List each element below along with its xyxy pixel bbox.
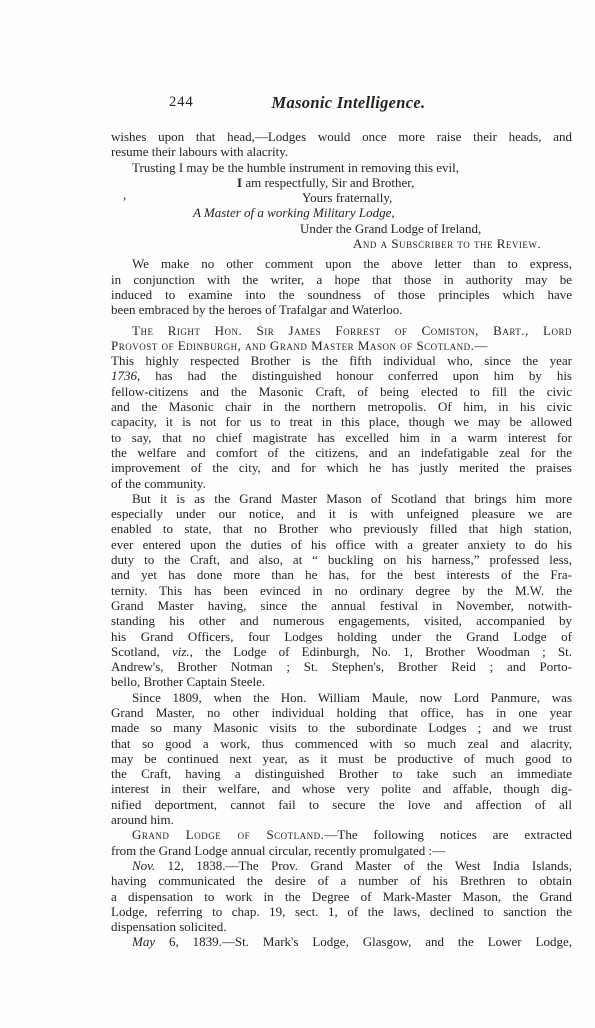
text-line: in conjunction with the writer, a hope t…: [111, 272, 572, 287]
text-run: fellow-citizens and the Masonic Craft, o…: [111, 384, 572, 399]
text-line: and yet has done more than he has, for t…: [111, 567, 572, 582]
text-run: But it is as the Grand Master Mason of S…: [132, 491, 572, 506]
text-run: having communicated the desire of a numb…: [111, 873, 572, 888]
text-line: fellow-citizens and the Masonic Craft, o…: [111, 384, 572, 399]
text-run: and yet has done more than he has, for t…: [111, 567, 572, 582]
text-line: the welfare and comfort of the citizens,…: [111, 445, 572, 460]
text-run: Lodge, referring to chap. 19, sect. 1, o…: [111, 904, 572, 919]
text-run: in conjunction with the writer, a hope t…: [111, 272, 572, 287]
text-run: the Craft, having a distinguished Brothe…: [111, 766, 572, 781]
text-run: may be continued next year, as it must b…: [111, 751, 572, 766]
text-line: Grand Master having, since the annual fe…: [111, 598, 572, 613]
text-line: to say, that no chief magistrate has exc…: [111, 430, 572, 445]
text-run: ternity. This has been evinced in no ord…: [111, 583, 572, 598]
text-run: standing his other and numerous engageme…: [111, 613, 572, 628]
text-line: from the Grand Lodge annual circular, re…: [111, 843, 572, 858]
text-line: having communicated the desire of a numb…: [111, 873, 572, 888]
paragraph: We make no other comment upon the above …: [111, 256, 572, 317]
text-line: 1736, has had the distinguished honour c…: [111, 368, 572, 383]
text-line: And a Subscriber to the Review.: [111, 236, 572, 251]
text-run: especially under our notice, and it is w…: [111, 506, 572, 521]
page-body: wishes upon that head,—Lodges would once…: [111, 129, 572, 950]
text-line: Trusting I may be the humble instrument …: [111, 160, 572, 175]
text-line: Lodge, referring to chap. 19, sect. 1, o…: [111, 904, 572, 919]
text-run: around him.: [111, 812, 174, 827]
text-run: Grand Master having, since the annual fe…: [111, 598, 572, 613]
text-line: Yours fraternally,: [111, 190, 572, 205]
text-line: the Craft, having a distinguished Brothe…: [111, 766, 572, 781]
text-line: Grand Master, no other individual holdin…: [111, 705, 572, 720]
text-run: duty to the Craft, and also, at “ buckli…: [111, 552, 572, 567]
text-run: May: [132, 934, 155, 949]
text-run: resume their labours with alacrity.: [111, 144, 288, 159]
text-run: wishes upon that head,—Lodges would once…: [111, 129, 572, 144]
text-run: nified deportment, cannot fail to secure…: [111, 797, 572, 812]
scanned-book-page: 244 Masonic Intelligence. ’ wishes upon …: [0, 0, 595, 1028]
text-run: 1736,: [111, 368, 140, 383]
text-run: Trusting I may be the humble instrument …: [132, 160, 459, 175]
text-line: a dispensation to work in the Degree of …: [111, 889, 572, 904]
text-line: standing his other and numerous engageme…: [111, 613, 572, 628]
text-run: capacity, it is not for us to treat in t…: [111, 414, 572, 429]
text-line: been embraced by the heroes of Trafalgar…: [111, 302, 572, 317]
text-line: improvement of the city, and for which h…: [111, 460, 572, 475]
text-run: Nov.: [132, 858, 155, 873]
text-line: This highly respected Brother is the fif…: [111, 353, 572, 368]
text-line: Grand Lodge of Scotland.—The following n…: [111, 827, 572, 842]
text-line: may be continued next year, as it must b…: [111, 751, 572, 766]
paragraph: Trusting I may be the humble instrument …: [111, 160, 572, 252]
text-run: Since 1809, when the Hon. William Maule,…: [132, 690, 572, 705]
text-run: the welfare and comfort of the citizens,…: [111, 445, 572, 460]
text-run: 12, 1838.—The Prov. Grand Master of the …: [155, 858, 572, 873]
paragraph: Nov. 12, 1838.—The Prov. Grand Master of…: [111, 858, 572, 934]
text-run: Yours fraternally,: [302, 190, 392, 205]
text-line: The Right Hon. Sir James Forrest of Comi…: [111, 323, 572, 338]
text-line: wishes upon that head,—Lodges would once…: [111, 129, 572, 144]
text-run: has had the distinguished honour conferr…: [140, 368, 572, 383]
text-line: May 6, 1839.—St. Mark's Lodge, Glasgow, …: [111, 934, 572, 949]
paragraph: Since 1809, when the Hon. William Maule,…: [111, 690, 572, 828]
text-line: interest in their welfare, and whose ver…: [111, 781, 572, 796]
text-line: of the community.: [111, 476, 572, 491]
page-number: 244: [169, 94, 194, 111]
text-line: resume their labours with alacrity.: [111, 144, 572, 159]
paragraph: May 6, 1839.—St. Mark's Lodge, Glasgow, …: [111, 934, 572, 949]
text-run: from the Grand Lodge annual circular, re…: [111, 843, 445, 858]
text-run: am respectfully, Sir and Brother,: [242, 175, 414, 190]
text-run: enabled to state, that no Brother who pr…: [111, 521, 572, 536]
text-run: A Master of a working Military Lodge,: [193, 205, 395, 220]
text-run: improvement of the city, and for which h…: [111, 460, 572, 475]
text-line: that so good a work, thus commenced with…: [111, 736, 572, 751]
text-line: bello, Brother Captain Steele.: [111, 674, 572, 689]
text-run: , the Lodge of Edinburgh, No. 1, Brother…: [190, 644, 572, 659]
paragraph: Grand Lodge of Scotland.—The following n…: [111, 827, 572, 858]
text-run: 6, 1839.—St. Mark's Lodge, Glasgow, and …: [155, 934, 572, 949]
paragraph: wishes upon that head,—Lodges would once…: [111, 129, 572, 160]
text-line: duty to the Craft, and also, at “ buckli…: [111, 552, 572, 567]
text-line: especially under our notice, and it is w…: [111, 506, 572, 521]
text-run: viz.: [172, 644, 190, 659]
text-run: This highly respected Brother is the fif…: [111, 353, 572, 368]
text-run: a dispensation to work in the Degree of …: [111, 889, 572, 904]
text-run: —: [474, 338, 487, 353]
text-line: nified deportment, cannot fail to secure…: [111, 797, 572, 812]
text-run: dispensation solicited.: [111, 919, 227, 934]
text-line: Andrew's, Brother Notman ; St. Stephen's…: [111, 659, 572, 674]
text-run: his Grand Officers, four Lodges holding …: [111, 629, 572, 644]
text-line: I am respectfully, Sir and Brother,: [111, 175, 572, 190]
text-run: interest in their welfare, and whose ver…: [111, 781, 572, 796]
text-run: bello, Brother Captain Steele.: [111, 674, 265, 689]
text-run: Under the Grand Lodge of Ireland,: [300, 221, 481, 236]
text-line: induced to examine into the soundness of…: [111, 287, 572, 302]
text-run: of the community.: [111, 476, 206, 491]
text-run: Andrew's, Brother Notman ; St. Stephen's…: [111, 659, 572, 674]
text-run: Provost of Edinburgh, and Grand Master M…: [111, 338, 474, 353]
text-run: that so good a work, thus commenced with…: [111, 736, 572, 751]
text-run: and the Masonic chair in the northern me…: [111, 399, 572, 414]
paragraph: But it is as the Grand Master Mason of S…: [111, 491, 572, 690]
text-line: Provost of Edinburgh, and Grand Master M…: [111, 338, 572, 353]
text-run: made so many Masonic visits to the subor…: [111, 720, 572, 735]
text-line: ever entered upon the duties of his offi…: [111, 537, 572, 552]
text-line: ternity. This has been evinced in no ord…: [111, 583, 572, 598]
text-line: dispensation solicited.: [111, 919, 572, 934]
text-line: capacity, it is not for us to treat in t…: [111, 414, 572, 429]
text-line: enabled to state, that no Brother who pr…: [111, 521, 572, 536]
text-run: Grand Master, no other individual holdin…: [111, 705, 572, 720]
text-line: Scotland, viz., the Lodge of Edinburgh, …: [111, 644, 572, 659]
text-run: Scotland,: [111, 644, 172, 659]
text-line: Since 1809, when the Hon. William Maule,…: [111, 690, 572, 705]
text-run: Grand Lodge of Scotland.: [132, 827, 324, 842]
text-line: We make no other comment upon the above …: [111, 256, 572, 271]
text-run: And a Subscriber to the Review.: [353, 236, 541, 251]
text-run: induced to examine into the soundness of…: [111, 287, 572, 302]
paragraph: The Right Hon. Sir James Forrest of Comi…: [111, 323, 572, 491]
text-line: around him.: [111, 812, 572, 827]
page-header: 244 Masonic Intelligence.: [111, 93, 572, 113]
text-run: to say, that no chief magistrate has exc…: [111, 430, 572, 445]
text-run: The Right Hon. Sir James Forrest of Comi…: [132, 323, 572, 338]
text-line: But it is as the Grand Master Mason of S…: [111, 491, 572, 506]
text-line: made so many Masonic visits to the subor…: [111, 720, 572, 735]
text-run: been embraced by the heroes of Trafalgar…: [111, 302, 402, 317]
text-run: We make no other comment upon the above …: [132, 256, 572, 271]
text-line: Under the Grand Lodge of Ireland,: [111, 221, 572, 236]
text-run: —The following notices are extracted: [324, 827, 572, 842]
text-line: Nov. 12, 1838.—The Prov. Grand Master of…: [111, 858, 572, 873]
text-line: A Master of a working Military Lodge,: [111, 205, 572, 220]
text-run: ever entered upon the duties of his offi…: [111, 537, 572, 552]
text-line: his Grand Officers, four Lodges holding …: [111, 629, 572, 644]
text-line: and the Masonic chair in the northern me…: [111, 399, 572, 414]
